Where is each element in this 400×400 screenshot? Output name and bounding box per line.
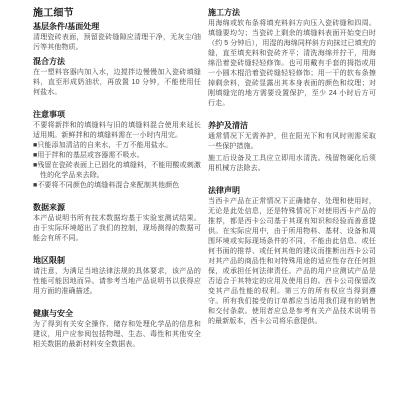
- heading-base-conditions: 基层条件/基面处理: [33, 22, 201, 32]
- precaution-bullet: ■残留在瓷砖表面上已固化的填缝料，不能用酸或刺激性的化学品来去除。: [33, 161, 201, 181]
- legal-notes-text: 当西卡产品在正常情况下正确储存、处理和使用时，无论是此处信息，还是特殊情况下对使…: [208, 197, 376, 327]
- precaution-bullet: ■用于拌和的基层或容器需不吸水。: [33, 151, 201, 161]
- heading-mixing-method: 混合方法: [33, 57, 201, 67]
- heading-curing-cleaning: 养护及清洁: [208, 121, 376, 131]
- left-column: 施工细节 基层条件/基面处理 清理瓷砖表面，预留瓷砖缝隙应清理干净，无灰尘/油污…: [33, 8, 201, 350]
- two-column-layout: 施工细节 基层条件/基面处理 清理瓷砖表面，预留瓷砖缝隙应清理干净，无灰尘/油污…: [33, 8, 375, 350]
- heading-regional-restrictions: 地区限制: [33, 256, 201, 266]
- heading-data-source: 数据来源: [33, 203, 201, 213]
- heading-application-method: 施工方法: [208, 8, 376, 18]
- precaution-bullet: ■不要将不同颜色的填缝料混合来配制其他颜色: [33, 181, 201, 191]
- page-title: 施工细节: [33, 8, 201, 20]
- right-column: 施工方法 用海绵或软布条将填充料斜方向压入瓷砖缝和四周。填缝要均匀；当瓷砖上剩余…: [208, 8, 376, 350]
- precautions-text: 不要将新拌和的填缝料与旧的填缝料混合使用来延长适用期。新鲜拌和的填缝料需在一小时…: [33, 121, 201, 141]
- heading-precautions: 注意事项: [33, 110, 201, 120]
- mixing-method-text: 在一塑料容器内加入水，边搅拌边慢慢加入瓷砖填缝料，直至形成奶油状，再放置 10 …: [33, 68, 201, 98]
- heading-legal-notes: 法律声明: [208, 186, 376, 196]
- base-conditions-text: 清理瓷砖表面，预留瓷砖缝隙应清理干净，无灰尘/油污等其他物质。: [33, 33, 201, 53]
- application-method-text: 用海绵或软布条将填充料斜方向压入瓷砖缝和四周。填缝要均匀；当瓷砖上剩余的填缝料表…: [208, 19, 376, 109]
- heading-health-safety: 健康与安全: [33, 309, 201, 319]
- curing-text: 通常情况下无需养护，但在阳光下和有风时则需采取一些保护措施。: [208, 132, 376, 152]
- data-source-text: 本产品说明书所有技术数据均基于实验室测试结果。由于实际环境超出了我们的控制，现场…: [33, 214, 201, 244]
- datasheet-page: 施工细节 基层条件/基面处理 清理瓷砖表面，预留瓷砖缝隙应清理干净，无灰尘/油污…: [0, 0, 400, 400]
- regional-restrictions-text: 请注意，为满足当地法律法规的具体要求，该产品的性能可能因地而异。请参考当地产品说…: [33, 267, 201, 297]
- health-safety-text: 为了得到有关安全操作、储存和处理化学品的信息和建议，用户应参阅包括物理、生态、毒…: [33, 320, 201, 350]
- precaution-bullet: ■只能添加清洁的自来水，千万不能用盐水。: [33, 141, 201, 151]
- cleaning-text: 施工后设备及工具应立即用水清洗。残留物硬化后须用机械方法除去。: [208, 154, 376, 174]
